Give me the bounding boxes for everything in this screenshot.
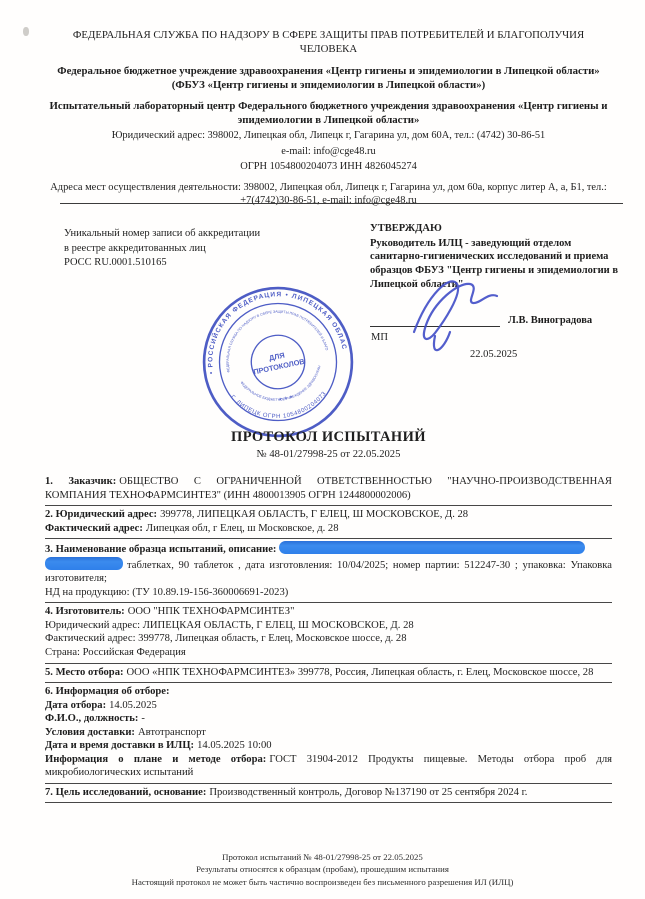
actual-address-text: Липецкая обл, г Елец, ш Московское, д. 2…: [146, 523, 339, 534]
redaction-bar: [45, 557, 123, 570]
ogrn-inn-line: ОГРН 1054800204073 ИНН 4826045274: [45, 160, 612, 174]
accreditation-line1: Уникальный номер записи об аккредитации: [64, 227, 260, 242]
nd-text: (ТУ 10.89.19-156-360006691-2023): [132, 587, 288, 598]
organization-name-line2: (ФБУЗ «Центр гигиены и эпидемиологии в Л…: [45, 78, 612, 92]
fio-value: -: [141, 713, 145, 724]
sampling-place-label: 5. Место отбора:: [45, 667, 124, 678]
section-customer-text: ОБЩЕСТВО С ОГРАНИЧЕННОЙ ОТВЕТСТВЕННОСТЬЮ…: [45, 476, 612, 501]
handwritten-signature: [400, 270, 510, 358]
section-customer: 1. Заказчик:ОБЩЕСТВО С ОГРАНИЧЕННОЙ ОТВЕ…: [45, 473, 612, 506]
organization-name-line1: Федеральное бюджетное учреждение здравоо…: [45, 64, 612, 78]
fio-label: Ф.И.О., должность:: [45, 713, 138, 724]
manufacturer-label: 4. Изготовитель:: [45, 606, 125, 617]
footer-results-note: Результаты относятся к образцам (пробам)…: [0, 863, 645, 875]
approver-name: Л.В. Виноградова: [508, 314, 592, 328]
section-sampling-place: 5. Место отбора:ООО «НПК ТЕХНОФАРМСИНТЕЗ…: [45, 664, 612, 684]
delivery-conditions-value: Автотранспорт: [138, 727, 206, 738]
country-text: Российская Федерация: [83, 647, 186, 658]
title-block: ПРОТОКОЛ ИСПЫТАНИЙ № 48-01/27998-25 от 2…: [45, 429, 612, 460]
header-divider: [60, 203, 623, 204]
section-sample: 3. Наименование образца испытаний, описа…: [45, 539, 612, 603]
testing-center-name: Испытательный лабораторный центр Федерал…: [45, 99, 612, 127]
redaction-bar: [279, 541, 585, 554]
sampling-date-value: 14.05.2025: [109, 700, 157, 711]
email-line: e-mail: info@cge48.ru: [45, 145, 612, 159]
accreditation-block: Уникальный номер записи об аккредитации …: [64, 227, 260, 271]
manufacturer-legal-label: Юридический адрес:: [45, 620, 140, 631]
document-header: ФЕДЕРАЛЬНАЯ СЛУЖБА ПО НАДЗОРУ В СФЕРЕ ЗА…: [45, 28, 612, 208]
section-sampling-info: 6. Информация об отборе: Дата отбора:14.…: [45, 683, 612, 784]
round-stamp: • РОССИЙСКАЯ ФЕДЕРАЦИЯ • ЛИПЕЦКАЯ ОБЛАСТ…: [185, 269, 370, 454]
legal-address: Юридический адрес: 398002, Липецкая обл,…: [45, 129, 612, 143]
legal-address-text: 399778, ЛИПЕЦКАЯ ОБЛАСТЬ, Г ЕЛЕЦ, Ш МОСК…: [160, 509, 468, 520]
section-customer-label: 1. Заказчик:: [45, 476, 116, 487]
page-footer: Протокол испытаний № 48-01/27998-25 от 2…: [0, 851, 645, 888]
svg-text:ФЕДЕРАЛЬНАЯ СЛУЖБА ПО НАДЗОРУ: ФЕДЕРАЛЬНАЯ СЛУЖБА ПО НАДЗОРУ В СФЕРЕ ЗА…: [185, 272, 329, 379]
round-stamp-svg: • РОССИЙСКАЯ ФЕДЕРАЦИЯ • ЛИПЕЦКАЯ ОБЛАСТ…: [185, 269, 370, 454]
manufacturer-legal-text: ЛИПЕЦКАЯ ОБЛАСТЬ, Г ЕЛЕЦ, Ш МОСКОВСКОЕ, …: [143, 620, 414, 631]
delivery-conditions-label: Условия доставки:: [45, 727, 135, 738]
manufacturer-actual-text: 399778, Липецкая область, г Елец, Москов…: [138, 633, 406, 644]
sample-description: таблетках, 90 таблеток , дата изготовлен…: [45, 560, 612, 585]
sampling-place-text: ООО «НПК ТЕХНОФАРМСИНТЕЗ» 399778, Россия…: [127, 667, 594, 678]
sampling-method-label: Информация о плане и методе отбора:: [45, 754, 266, 765]
approval-title: УТВЕРЖДАЮ: [370, 222, 624, 236]
legal-address-label: 2. Юридический адрес:: [45, 509, 157, 520]
document-number: № 48-01/27998-25 от 22.05.2025: [45, 449, 612, 460]
sampling-info-label: 6. Информация об отборе:: [45, 686, 170, 697]
approval-date: 22.05.2025: [470, 348, 517, 362]
stamp-place-label: МП: [371, 331, 388, 345]
actual-address-label: Фактический адрес:: [45, 523, 143, 534]
scanned-protocol-page: ФЕДЕРАЛЬНАЯ СЛУЖБА ПО НАДЗОРУ В СФЕРЕ ЗА…: [0, 0, 645, 899]
accreditation-line2: в реестре аккредитованных лиц: [64, 242, 260, 257]
stamp-stars: * * *: [278, 394, 294, 406]
manufacturer-name: ООО "НПК ТЕХНОФАРМСИНТЕЗ": [128, 606, 295, 617]
delivery-datetime-label: Дата и время доставки в ИЛЦ:: [45, 740, 194, 751]
footer-protocol-number: Протокол испытаний № 48-01/27998-25 от 2…: [0, 851, 645, 863]
federal-service-name: ФЕДЕРАЛЬНАЯ СЛУЖБА ПО НАДЗОРУ В СФЕРЕ ЗА…: [45, 28, 612, 56]
country-label: Страна:: [45, 647, 80, 658]
section-manufacturer: 4. Изготовитель:ООО "НПК ТЕХНОФАРМСИНТЕЗ…: [45, 603, 612, 663]
delivery-datetime-value: 14.05.2025 10:00: [197, 740, 271, 751]
footer-reproduction-note: Настоящий протокол не может быть частичн…: [0, 876, 645, 888]
stamp-mid-top-text: ФЕДЕРАЛЬНАЯ СЛУЖБА ПО НАДЗОРУ В СФЕРЕ ЗА…: [185, 272, 329, 379]
organization-name: Федеральное бюджетное учреждение здравоо…: [45, 64, 612, 92]
section-legal-address: 2. Юридический адрес:399778, ЛИПЕЦКАЯ ОБ…: [45, 506, 612, 539]
sample-label: 3. Наименование образца испытаний, описа…: [45, 544, 276, 555]
sampling-date-label: Дата отбора:: [45, 700, 106, 711]
accreditation-number: РОСС RU.0001.510165: [64, 256, 260, 271]
purpose-label: 7. Цель исследований, основание:: [45, 787, 206, 798]
approval-block: УТВЕРЖДАЮ Руководитель ИЛЦ - заведующий …: [370, 222, 624, 392]
purpose-text: Производственный контроль, Договор №1371…: [209, 787, 527, 798]
section-purpose: 7. Цель исследований, основание:Производ…: [45, 784, 612, 804]
document-title: ПРОТОКОЛ ИСПЫТАНИЙ: [45, 429, 612, 446]
nd-label: НД на продукцию:: [45, 587, 130, 598]
sections: 1. Заказчик:ОБЩЕСТВО С ОГРАНИЧЕННОЙ ОТВЕ…: [45, 473, 612, 803]
scan-artifact: [23, 27, 29, 36]
manufacturer-actual-label: Фактический адрес:: [45, 633, 136, 644]
